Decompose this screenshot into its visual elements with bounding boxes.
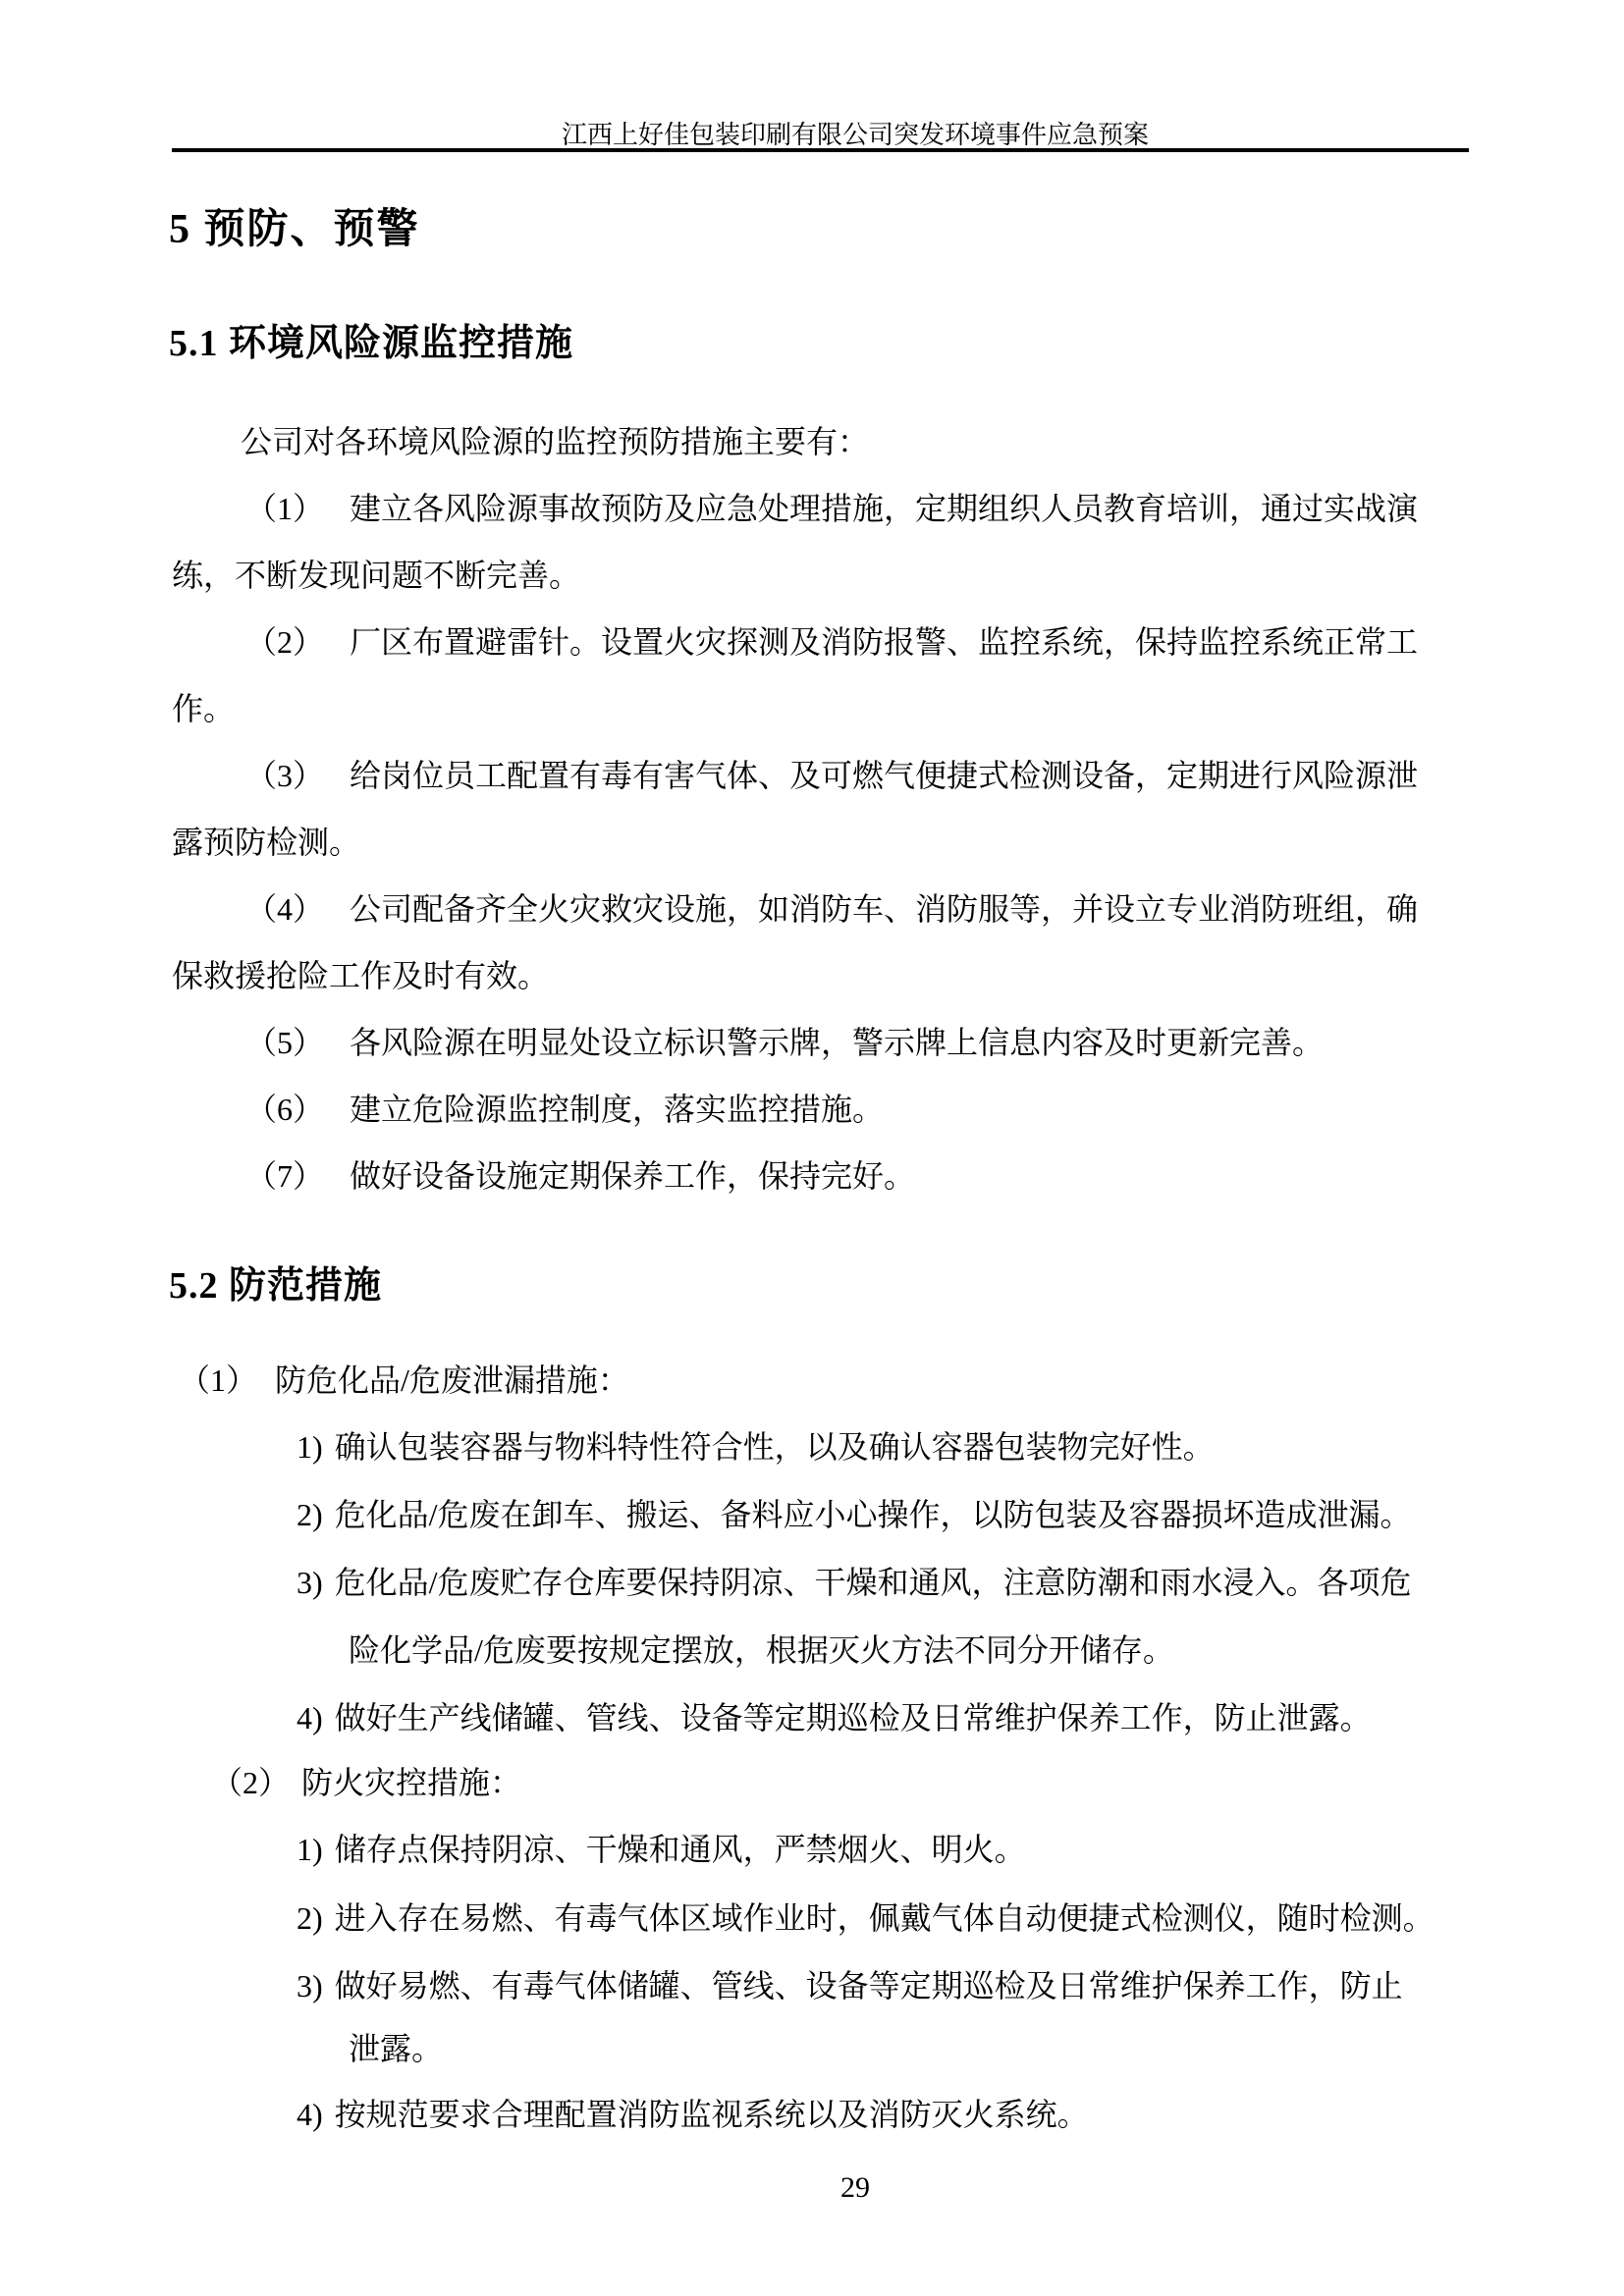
list-item-line-continuation: 作。	[172, 687, 235, 730]
group-label: （1）防危化品/危废泄漏措施：	[179, 1359, 629, 1402]
sub-item-text: 险化学品/危废要按规定摆放，根据灭火方法不同分开储存。	[349, 1632, 1174, 1668]
group-marker: （2）	[211, 1761, 290, 1804]
sub-item-marker: 3)	[297, 1964, 323, 2007]
sub-item-line-continuation: 泄露。	[349, 2027, 443, 2070]
sub-item-text: 进入存在易燃、有毒气体区域作业时，佩戴气体自动便捷式检测仪，随时检测。	[335, 1900, 1435, 1936]
sub-item-marker: 4)	[297, 1696, 323, 1739]
list-item-line: （3）给岗位员工配置有毒有害气体、及可燃气便捷式检测设备，定期进行风险源泄	[245, 754, 1418, 797]
section-heading-5-1: 5.1 环境风险源监控措施	[169, 312, 573, 366]
list-item-line-continuation: 露预防检测。	[172, 821, 360, 864]
page-header-title: 江西上好佳包装印刷有限公司突发环境事件应急预案	[172, 115, 1539, 151]
sub-item-line: 1)储存点保持阴凉、干燥和通风，严禁烟火、明火。	[297, 1828, 1026, 1871]
sub-item-marker: 2)	[297, 1896, 323, 1940]
sub-item-line: 2)危化品/危废在卸车、搬运、备料应小心操作，以防包装及容器损坏造成泄漏。	[297, 1493, 1412, 1536]
sub-item-text: 危化品/危废贮存仓库要保持阴凉、干燥和通风，注意防潮和雨水浸入。各项危	[335, 1565, 1412, 1600]
item-text: 作。	[172, 691, 235, 726]
sub-item-marker: 3)	[297, 1561, 323, 1604]
item-text: 建立各风险源事故预防及应急处理措施，定期组织人员教育培训，通过实战演	[350, 491, 1418, 526]
item-text: 做好设备设施定期保养工作，保持完好。	[350, 1158, 915, 1194]
item-text: 公司配备齐全火灾救灾设施，如消防车、消防服等，并设立专业消防班组，确	[350, 891, 1418, 927]
sub-item-line: 4)做好生产线储罐、管线、设备等定期巡检及日常维护保养工作，防止泄露。	[297, 1696, 1372, 1739]
list-item-line: （2）厂区布置避雷针。设置火灾探测及消防报警、监控系统，保持监控系统正常工	[245, 620, 1418, 664]
sub-item-marker: 4)	[297, 2093, 323, 2136]
list-item-line-continuation: 练，不断发现问题不断完善。	[172, 554, 580, 597]
item-text: 各风险源在明显处设立标识警示牌，警示牌上信息内容及时更新完善。	[350, 1025, 1324, 1060]
sub-item-text: 做好易燃、有毒气体储罐、管线、设备等定期巡检及日常维护保养工作，防止	[335, 1968, 1403, 2003]
intro-paragraph: 公司对各环境风险源的监控预防措施主要有：	[241, 420, 869, 463]
item-marker: （6）	[245, 1088, 324, 1131]
item-marker: （2）	[245, 620, 324, 664]
list-item-line: （5）各风险源在明显处设立标识警示牌，警示牌上信息内容及时更新完善。	[245, 1021, 1324, 1064]
item-marker: （5）	[245, 1021, 324, 1064]
sub-item-text: 按规范要求合理配置消防监视系统以及消防灭火系统。	[335, 2097, 1089, 2132]
group-label: （2）防火灾控措施：	[211, 1761, 521, 1804]
sub-item-marker: 1)	[297, 1425, 323, 1468]
item-text: 练，不断发现问题不断完善。	[172, 558, 580, 593]
item-text: 给岗位员工配置有毒有害气体、及可燃气便捷式检测设备，定期进行风险源泄	[350, 758, 1418, 793]
sub-item-text: 泄露。	[349, 2031, 443, 2066]
item-text: 厂区布置避雷针。设置火灾探测及消防报警、监控系统，保持监控系统正常工	[350, 624, 1418, 660]
sub-item-text: 确认包装容器与物料特性符合性，以及确认容器包装物完好性。	[335, 1429, 1215, 1465]
item-text: 保救援抢险工作及时有效。	[172, 958, 549, 993]
header-rule	[172, 148, 1469, 152]
item-text: 露预防检测。	[172, 825, 360, 860]
sub-item-line-continuation: 险化学品/危废要按规定摆放，根据灭火方法不同分开储存。	[349, 1629, 1174, 1672]
sub-item-line: 3)做好易燃、有毒气体储罐、管线、设备等定期巡检及日常维护保养工作，防止	[297, 1964, 1403, 2007]
list-item-line: （6）建立危险源监控制度，落实监控措施。	[245, 1088, 884, 1131]
sub-item-line: 2)进入存在易燃、有毒气体区域作业时，佩戴气体自动便捷式检测仪，随时检测。	[297, 1896, 1435, 1940]
sub-item-marker: 2)	[297, 1493, 323, 1536]
item-marker: （4）	[245, 887, 324, 931]
list-item-line: （4）公司配备齐全火灾救灾设施，如消防车、消防服等，并设立专业消防班组，确	[245, 887, 1418, 931]
sub-item-line: 4)按规范要求合理配置消防监视系统以及消防灭火系统。	[297, 2093, 1089, 2136]
sub-item-marker: 1)	[297, 1828, 323, 1871]
list-item-line: （1）建立各风险源事故预防及应急处理措施，定期组织人员教育培训，通过实战演	[245, 487, 1418, 530]
group-label-text: 防火灾控措施：	[301, 1765, 521, 1800]
group-label-text: 防危化品/危废泄漏措施：	[275, 1362, 629, 1398]
item-marker: （1）	[245, 487, 324, 530]
chapter-title: 5 预防、预警	[169, 196, 420, 255]
item-marker: （7）	[245, 1154, 324, 1198]
sub-item-line: 3)危化品/危废贮存仓库要保持阴凉、干燥和通风，注意防潮和雨水浸入。各项危	[297, 1561, 1412, 1604]
item-marker: （3）	[245, 754, 324, 797]
item-text: 建立危险源监控制度，落实监控措施。	[350, 1092, 884, 1127]
document-page: 江西上好佳包装印刷有限公司突发环境事件应急预案 5 预防、预警 5.1 环境风险…	[0, 0, 1624, 2296]
sub-item-text: 储存点保持阴凉、干燥和通风，严禁烟火、明火。	[335, 1832, 1026, 1867]
sub-item-text: 做好生产线储罐、管线、设备等定期巡检及日常维护保养工作，防止泄露。	[335, 1700, 1372, 1735]
group-marker: （1）	[179, 1359, 257, 1402]
sub-item-text: 危化品/危废在卸车、搬运、备料应小心操作，以防包装及容器损坏造成泄漏。	[335, 1497, 1412, 1532]
section-heading-5-2: 5.2 防范措施	[169, 1255, 382, 1308]
list-item-line-continuation: 保救援抢险工作及时有效。	[172, 954, 549, 997]
list-item-line: （7）做好设备设施定期保养工作，保持完好。	[245, 1154, 915, 1198]
page-number: 29	[172, 2171, 1539, 2205]
sub-item-line: 1)确认包装容器与物料特性符合性，以及确认容器包装物完好性。	[297, 1425, 1215, 1468]
